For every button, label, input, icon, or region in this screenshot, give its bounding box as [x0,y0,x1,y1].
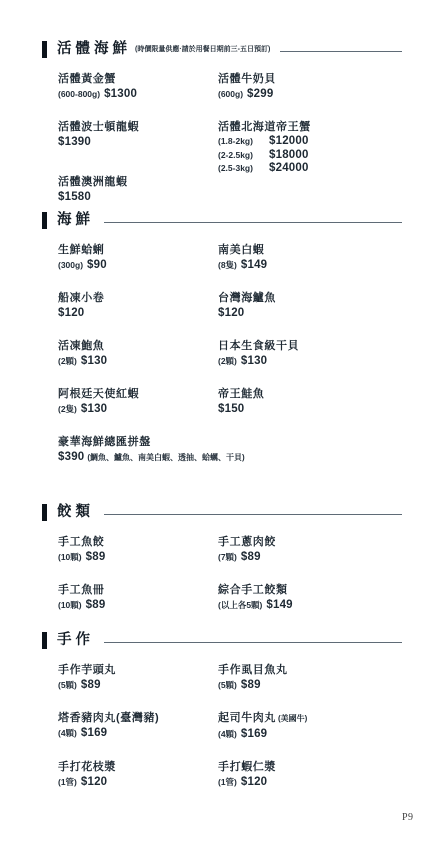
item-price-line: $150 [218,403,402,416]
menu-item: 手作虱目魚丸(5顆)$89 [218,663,402,692]
section-rule [104,642,402,643]
item-name: 活體波士頓龍蝦 [58,120,218,134]
menu-item: 船凍小卷$120 [58,291,218,320]
item-quantity: (以上各5顆) [218,600,262,610]
section-body: 手工魚餃(10顆)$89手工蔥肉餃(7顆)$89手工魚冊(10顆)$89綜合手工… [58,535,402,612]
item-price-line: (8隻)$149 [218,259,402,272]
menu-item: 手打蝦仁漿(1管)$120 [218,760,402,789]
item-name: 塔香豬肉丸(臺灣豬) [58,711,218,725]
item-name: 手打蝦仁漿 [218,760,402,774]
item-quantity: (4顆) [218,729,237,739]
item-name-text: 活凍鮑魚 [58,340,104,352]
item-price-line: (1管)$120 [58,776,218,789]
menu-item: 起司牛肉丸(美國牛)(4顆)$169 [218,711,402,741]
item-name-text: 活體黃金蟹 [58,73,116,85]
menu-cell-left: 豪華海鮮總匯拼盤$390(鯛魚、鱸魚、南美白蝦、透抽、蛤蠣、干貝) [58,435,218,464]
item-price: $1300 [104,88,137,100]
menu-item: 活體牛奶貝(600g)$299 [218,72,402,101]
item-price-line: (2顆)$130 [58,355,218,368]
item-price-line: (2-2.5kg)$18000 [218,149,402,162]
item-name: 南美白蝦 [218,243,402,257]
item-price: $169 [81,727,107,739]
menu-cell-right: 帝王鮭魚$150 [218,387,402,416]
item-name: 豪華海鮮總匯拼盤 [58,435,218,449]
item-name-text: 台灣海鱸魚 [218,292,276,304]
section-header: 餃類 [42,503,402,521]
item-price: $89 [81,679,101,691]
section-title: 手作 [57,631,94,649]
item-name: 生鮮蛤蜊 [58,243,218,257]
item-quantity: (2顆) [58,356,77,366]
item-name: 阿根廷天使紅蝦 [58,387,218,401]
item-price: $1580 [58,191,91,203]
section-title: 活體海鮮 [57,40,131,58]
item-quantity: (2.5-3kg) [218,162,265,175]
menu-row: 活體黃金蟹(600-800g)$1300活體牛奶貝(600g)$299 [58,72,402,101]
menu-item: 手工魚餃(10顆)$89 [58,535,218,564]
menu-row: 塔香豬肉丸(臺灣豬)(4顆)$169起司牛肉丸(美國牛)(4顆)$169 [58,711,402,741]
item-price-line: (5顆)$89 [218,679,402,692]
section-marker-bar-icon [42,504,47,521]
item-name: 手作虱目魚丸 [218,663,402,677]
menu-item: 手作芋頭丸(5顆)$89 [58,663,218,692]
menu-item: 綜合手工餃類(以上各5顆)$149 [218,583,402,612]
menu-item: 手工魚冊(10顆)$89 [58,583,218,612]
menu-cell-left: 生鮮蛤蜊(300g)$90 [58,243,218,272]
section-marker-bar-icon [42,632,47,649]
menu-item: 日本生食級干貝(2顆)$130 [218,339,402,368]
item-name-text: 塔香豬肉丸(臺灣豬) [58,712,159,724]
item-price: $169 [241,728,267,740]
item-price: $120 [218,307,244,319]
item-price-line: (5顆)$89 [58,679,218,692]
menu-cell-right: 活體牛奶貝(600g)$299 [218,72,402,101]
menu-cell-right [218,175,402,204]
item-quantity: (8隻) [218,260,237,270]
item-price: $150 [218,403,244,415]
item-name-text: 手作芋頭丸 [58,664,116,676]
section-header: 手作 [42,631,402,649]
item-name-text: 活體澳洲龍蝦 [58,176,128,188]
menu-cell-right: 手打蝦仁漿(1管)$120 [218,760,402,789]
page-number: P9 [402,812,414,823]
menu-cell-left: 塔香豬肉丸(臺灣豬)(4顆)$169 [58,711,218,741]
menu-item: 活體波士頓龍蝦$1390 [58,120,218,149]
item-price-line: (10顆)$89 [58,551,218,564]
item-name-text: 船凍小卷 [58,292,104,304]
item-price: $89 [241,551,261,563]
item-name-text: 手作虱目魚丸 [218,664,288,676]
item-name-text: 南美白蝦 [218,244,264,256]
item-price-line: (以上各5顆)$149 [218,599,402,612]
item-name: 活體黃金蟹 [58,72,218,86]
menu-item: 生鮮蛤蜊(300g)$90 [58,243,218,272]
item-quantity: (1管) [58,777,77,787]
item-price-line: $390(鯛魚、鱸魚、南美白蝦、透抽、蛤蠣、干貝) [58,451,218,464]
menu-item: 台灣海鱸魚$120 [218,291,402,320]
item-quantity: (1.8-2kg) [218,135,265,148]
item-name: 帝王鮭魚 [218,387,402,401]
item-name-text: 帝王鮭魚 [218,388,264,400]
item-quantity: (7顆) [218,552,237,562]
item-name: 綜合手工餃類 [218,583,402,597]
item-price: $89 [86,551,106,563]
item-price-line: (4顆)$169 [58,727,218,740]
section-marker-bar-icon [42,41,47,58]
item-name: 活體牛奶貝 [218,72,402,86]
section-rule [280,51,402,52]
item-name: 手打花枝漿 [58,760,218,774]
menu-cell-left: 船凍小卷$120 [58,291,218,320]
item-quantity: (2顆) [218,356,237,366]
item-name-text: 手工魚冊 [58,584,104,596]
item-price-line: (600g)$299 [218,88,402,101]
item-name: 起司牛肉丸(美國牛) [218,711,402,726]
menu-row: 生鮮蛤蜊(300g)$90南美白蝦(8隻)$149 [58,243,402,272]
item-price-line: (7顆)$89 [218,551,402,564]
item-name-text: 手工蔥肉餃 [218,536,276,548]
item-name-text: 日本生食級干貝 [218,340,299,352]
section-rule [104,514,402,515]
menu-row: 豪華海鮮總匯拼盤$390(鯛魚、鱸魚、南美白蝦、透抽、蛤蠣、干貝) [58,435,402,464]
menu-row: 活體波士頓龍蝦$1390活體北海道帝王蟹(1.8-2kg)$12000(2-2.… [58,120,402,175]
menu-cell-right: 起司牛肉丸(美國牛)(4顆)$169 [218,711,402,741]
item-price: $299 [247,88,273,100]
item-quantity: (5顆) [58,680,77,690]
item-name-text: 綜合手工餃類 [218,584,288,596]
item-name-text: 手工魚餃 [58,536,104,548]
item-quantity: (600-800g) [58,89,100,99]
menu-cell-right: 南美白蝦(8隻)$149 [218,243,402,272]
menu-cell-left: 手打花枝漿(1管)$120 [58,760,218,789]
item-name-text: 生鮮蛤蜊 [58,244,104,256]
menu-cell-left: 活體黃金蟹(600-800g)$1300 [58,72,218,101]
item-price-line: (2.5-3kg)$24000 [218,162,402,175]
item-price: $149 [241,259,267,271]
item-name: 活體北海道帝王蟹 [218,120,402,134]
item-price-line: (2隻)$130 [58,403,218,416]
item-price-line: $120 [218,307,402,320]
menu-row: 船凍小卷$120台灣海鱸魚$120 [58,291,402,320]
item-name-text: 活體北海道帝王蟹 [218,121,311,133]
menu-cell-right: 綜合手工餃類(以上各5顆)$149 [218,583,402,612]
item-quantity: (4顆) [58,728,77,738]
menu-cell-left: 手工魚冊(10顆)$89 [58,583,218,612]
item-price: $12000 [269,135,309,147]
item-price-line: $1580 [58,191,218,204]
item-quantity: (2隻) [58,404,77,414]
menu-item: 活凍鮑魚(2顆)$130 [58,339,218,368]
item-price-line: $1390 [58,136,218,149]
menu-item: 塔香豬肉丸(臺灣豬)(4顆)$169 [58,711,218,740]
section-marker-bar-icon [42,212,47,229]
menu-item: 手工蔥肉餃(7顆)$89 [218,535,402,564]
menu-section-2: 海鮮生鮮蛤蜊(300g)$90南美白蝦(8隻)$149船凍小卷$120台灣海鱸魚… [42,211,402,483]
menu-item: 活體澳洲龍蝦$1580 [58,175,218,204]
section-body: 手作芋頭丸(5顆)$89手作虱目魚丸(5顆)$89塔香豬肉丸(臺灣豬)(4顆)$… [58,663,402,789]
menu-cell-left: 活凍鮑魚(2顆)$130 [58,339,218,368]
item-name: 手工魚餃 [58,535,218,549]
menu-section-3: 餃類手工魚餃(10顆)$89手工蔥肉餃(7顆)$89手工魚冊(10顆)$89綜合… [42,503,402,631]
item-price: $130 [241,355,267,367]
section-note: (時價限量供應·請於用餐日期前三-五日預訂) [135,44,270,54]
item-quantity: (10顆) [58,552,82,562]
item-price-line: (300g)$90 [58,259,218,272]
item-name-text: 活體牛奶貝 [218,73,276,85]
item-price: $120 [58,307,84,319]
menu-page: 活體海鮮(時價限量供應·請於用餐日期前三-五日預訂)活體黃金蟹(600-800g… [0,0,446,850]
menu-cell-right [218,435,402,464]
item-price: $1390 [58,136,91,148]
item-name: 台灣海鱸魚 [218,291,402,305]
item-name-note: (美國牛) [278,714,307,723]
menu-cell-left: 阿根廷天使紅蝦(2隻)$130 [58,387,218,416]
menu-cell-left: 活體澳洲龍蝦$1580 [58,175,218,204]
menu-item: 豪華海鮮總匯拼盤$390(鯛魚、鱸魚、南美白蝦、透抽、蛤蠣、干貝) [58,435,218,464]
item-name-text: 起司牛肉丸 [218,712,276,724]
item-name: 活體澳洲龍蝦 [58,175,218,189]
menu-item: 手打花枝漿(1管)$120 [58,760,218,789]
item-quantity: (1管) [218,777,237,787]
item-price-line: (1.8-2kg)$12000 [218,135,402,148]
item-price: $18000 [269,149,309,161]
section-title: 餃類 [57,503,94,521]
menu-item: 活體黃金蟹(600-800g)$1300 [58,72,218,101]
menu-row: 活凍鮑魚(2顆)$130日本生食級干貝(2顆)$130 [58,339,402,368]
section-body: 生鮮蛤蜊(300g)$90南美白蝦(8隻)$149船凍小卷$120台灣海鱸魚$1… [58,243,402,464]
item-name: 手工蔥肉餃 [218,535,402,549]
item-price: $149 [266,599,292,611]
item-name: 船凍小卷 [58,291,218,305]
item-price: $90 [87,259,107,271]
menu-section-1: 活體海鮮(時價限量供應·請於用餐日期前三-五日預訂)活體黃金蟹(600-800g… [42,40,402,223]
menu-item: 南美白蝦(8隻)$149 [218,243,402,272]
item-price-line: (4顆)$169 [218,728,402,741]
menu-item: 帝王鮭魚$150 [218,387,402,416]
menu-row: 手工魚餃(10顆)$89手工蔥肉餃(7顆)$89 [58,535,402,564]
menu-cell-right: 日本生食級干貝(2顆)$130 [218,339,402,368]
menu-cell-right: 台灣海鱸魚$120 [218,291,402,320]
item-price: $130 [81,403,107,415]
item-price: $390 [58,451,84,463]
item-name: 活凍鮑魚 [58,339,218,353]
section-header: 海鮮 [42,211,402,229]
item-price: $24000 [269,162,309,174]
item-name: 手工魚冊 [58,583,218,597]
item-price-line: (1管)$120 [218,776,402,789]
menu-row: 手打花枝漿(1管)$120手打蝦仁漿(1管)$120 [58,760,402,789]
item-quantity: (10顆) [58,600,82,610]
menu-row: 手作芋頭丸(5顆)$89手作虱目魚丸(5顆)$89 [58,663,402,692]
item-name-text: 豪華海鮮總匯拼盤 [58,436,151,448]
menu-section-4: 手作手作芋頭丸(5顆)$89手作虱目魚丸(5顆)$89塔香豬肉丸(臺灣豬)(4顆… [42,631,402,808]
menu-cell-right: 活體北海道帝王蟹(1.8-2kg)$12000(2-2.5kg)$18000(2… [218,120,402,175]
item-name: 手作芋頭丸 [58,663,218,677]
item-price: $89 [241,679,261,691]
item-name-text: 活體波士頓龍蝦 [58,121,139,133]
item-price-line: (2顆)$130 [218,355,402,368]
menu-cell-left: 活體波士頓龍蝦$1390 [58,120,218,175]
section-body: 活體黃金蟹(600-800g)$1300活體牛奶貝(600g)$299活體波士頓… [58,72,402,204]
item-quantity: (300g) [58,260,83,270]
menu-row: 手工魚冊(10顆)$89綜合手工餃類(以上各5顆)$149 [58,583,402,612]
section-header: 活體海鮮(時價限量供應·請於用餐日期前三-五日預訂) [42,40,402,58]
menu-cell-left: 手作芋頭丸(5顆)$89 [58,663,218,692]
item-name-text: 手打花枝漿 [58,761,116,773]
item-name-text: 阿根廷天使紅蝦 [58,388,139,400]
item-quantity: (600g) [218,89,243,99]
menu-cell-right: 手作虱目魚丸(5顆)$89 [218,663,402,692]
item-price-line: (10顆)$89 [58,599,218,612]
menu-cell-right: 手工蔥肉餃(7顆)$89 [218,535,402,564]
menu-row: 活體澳洲龍蝦$1580 [58,175,402,204]
item-price: $89 [86,599,106,611]
section-title: 海鮮 [57,211,94,229]
item-name-text: 手打蝦仁漿 [218,761,276,773]
item-price-line: (600-800g)$1300 [58,88,218,101]
menu-item: 活體北海道帝王蟹(1.8-2kg)$12000(2-2.5kg)$18000(2… [218,120,402,175]
section-rule [104,222,402,223]
menu-cell-left: 手工魚餃(10顆)$89 [58,535,218,564]
item-price: $130 [81,355,107,367]
item-quantity: (2-2.5kg) [218,149,265,162]
item-price: $120 [241,776,267,788]
item-name: 日本生食級干貝 [218,339,402,353]
menu-row: 阿根廷天使紅蝦(2隻)$130帝王鮭魚$150 [58,387,402,416]
item-quantity: (5顆) [218,680,237,690]
item-price-line: $120 [58,307,218,320]
item-price: $120 [81,776,107,788]
menu-item: 阿根廷天使紅蝦(2隻)$130 [58,387,218,416]
